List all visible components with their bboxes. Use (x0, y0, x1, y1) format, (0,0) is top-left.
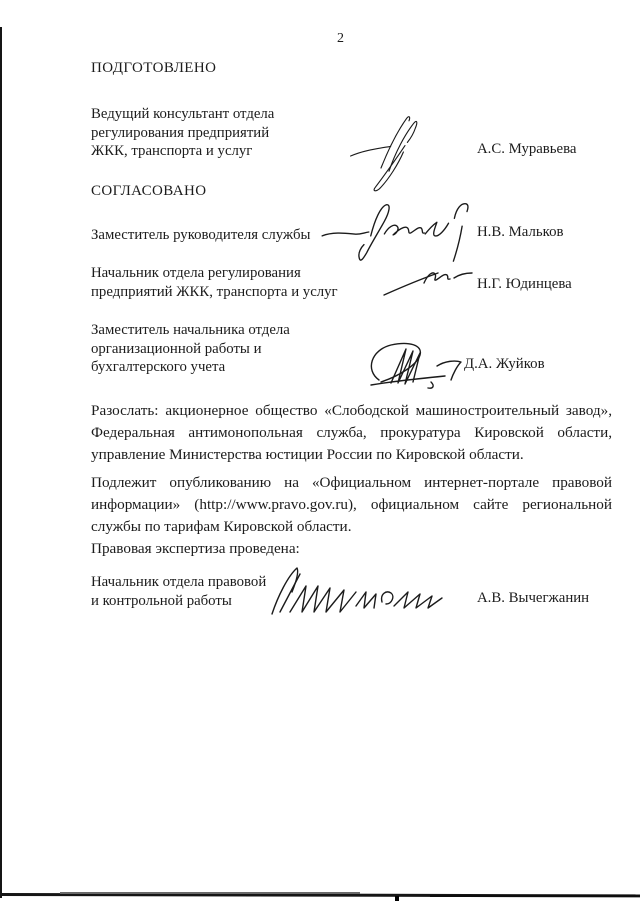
signoff-name-3: Н.Г. Юдинцева (477, 276, 572, 293)
signoff-role-5-line-1: Начальник отдела правовой (91, 573, 266, 592)
signoff-role-4-line-3: бухгалтерского учета (91, 358, 290, 377)
scan-artifact-left-line (0, 27, 2, 898)
agreed-heading: СОГЛАСОВАНО (91, 183, 206, 200)
signoff-role-2-line-1: Заместитель руководителя службы (91, 226, 310, 245)
signature-vychegzhanin (268, 566, 450, 616)
signoff-role-3-line-1: Начальник отдела регулирования (91, 264, 338, 283)
prepared-heading: ПОДГОТОВЛЕНО (91, 60, 216, 77)
legal-review-line: Правовая экспертиза проведена: (91, 540, 300, 559)
scan-artifact-bottom-tick (395, 896, 399, 901)
signoff-role-1-line-1: Ведущий консультант отдела (91, 105, 274, 124)
signoff-name-2: Н.В. Мальков (477, 224, 563, 241)
signoff-role-4: Заместитель начальника отдела организаци… (91, 321, 290, 377)
distribution-paragraph: Разослать: акционерное общество «Слободс… (91, 400, 612, 466)
page-number: 2 (337, 31, 344, 47)
signature-zhuykov (347, 336, 469, 390)
signoff-role-3-line-2: предприятий ЖКК, транспорта и услуг (91, 283, 338, 302)
signoff-role-4-line-1: Заместитель начальника отдела (91, 321, 290, 340)
signoff-role-4-line-2: организационной работы и (91, 340, 290, 359)
signoff-name-1: А.С. Муравьева (477, 141, 576, 158)
signoff-role-5-line-2: и контрольной работы (91, 592, 266, 611)
scan-artifact-bottom-line-gray (60, 892, 360, 894)
publication-paragraph: Подлежит опубликованию на «Официальном и… (91, 472, 612, 538)
signoff-name-5: А.В. Вычегжанин (477, 590, 589, 607)
signoff-role-1-line-3: ЖКК, транспорта и услуг (91, 142, 274, 161)
signature-yudintseva (382, 265, 474, 297)
signature-malkov (318, 197, 476, 267)
signoff-role-1-line-2: регулирования предприятий (91, 124, 274, 143)
scan-artifact-bottom-line-right (430, 895, 640, 897)
signoff-role-3: Начальник отдела регулирования предприят… (91, 264, 338, 301)
signature-muravyeva (340, 112, 438, 192)
signoff-role-5: Начальник отдела правовой и контрольной … (91, 573, 266, 610)
document-page: 2 ПОДГОТОВЛЕНО Ведущий консультант отдел… (0, 0, 640, 905)
signoff-role-1: Ведущий консультант отдела регулирования… (91, 105, 274, 161)
signoff-name-4: Д.А. Жуйков (464, 356, 545, 373)
